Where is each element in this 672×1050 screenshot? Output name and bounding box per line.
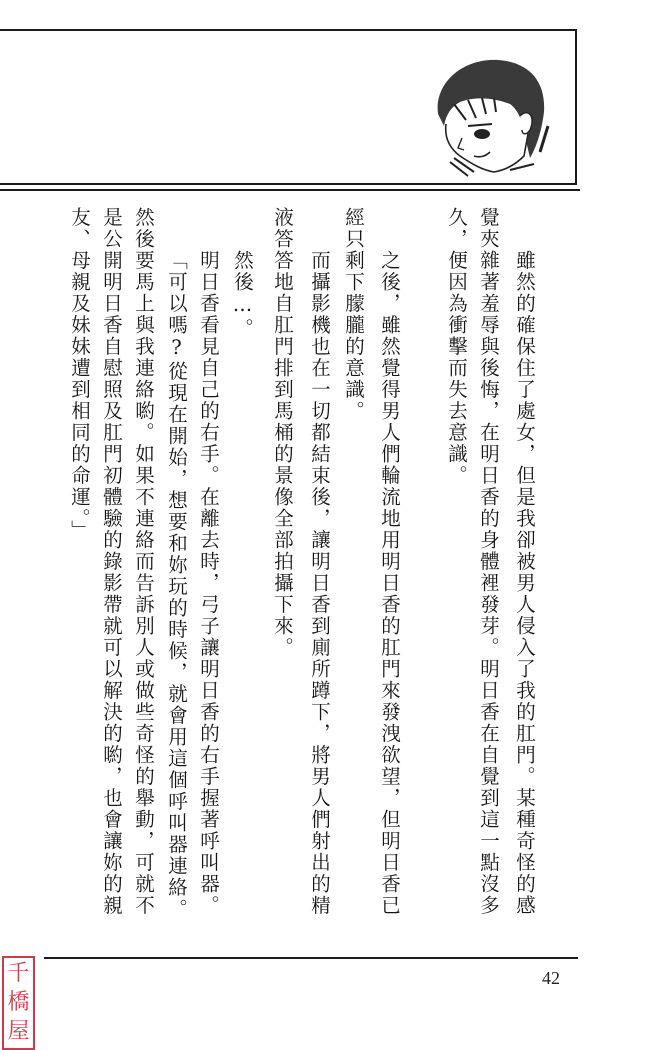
text-column: 而攝影機也在一切都結束後，讓明日香到廁所蹲下，將男人們射出的精 [307, 250, 331, 917]
text-column: 液答答地自肛門排到馬桶的景像全部拍攝下來。 [270, 207, 294, 659]
text-column: 是公開明日香自慰照及肛門初體驗的錄影帶就可以解決的喲，也會讓妳的親 [99, 207, 123, 917]
stamp-char: 屋 [7, 1019, 29, 1045]
text-column: 然後要馬上與我連絡喲。如果不連絡而告訴別人或做些奇怪的舉動，可就不 [131, 207, 155, 917]
header-underline [0, 189, 580, 191]
page-number: 42 [542, 968, 560, 989]
text-column: 之後，雖然覺得男人們輪流地用明日香的肛門來發洩欲望，但明日香已 [377, 250, 401, 917]
stamp-char: 橋 [7, 990, 29, 1016]
footer-rule [44, 957, 578, 959]
text-column: 明日香看見自己的右手。在離去時，弓子讓明日香的右手握著呼叫器。 [196, 250, 220, 917]
text-column: 經只剩下朦朧的意識。 [341, 207, 365, 422]
portrait-illustration [424, 52, 564, 178]
text-column: 雖然的確保住了處女，但是我卻被男人侵入了我的肛門。某種奇怪的感 [512, 250, 536, 917]
text-column: 然後…。 [230, 250, 254, 340]
text-column: 友、母親及妹妹遭到相同的命運。」 [67, 207, 91, 541]
stamp-char: 千 [7, 961, 29, 987]
text-column: 覺夾雜著羞辱與後悔，在明日香的身體裡發芽。明日香在自覺到這一點沒多 [476, 207, 500, 917]
publisher-stamp: 千 橋 屋 [2, 956, 35, 1050]
text-column: 久，便因為衝擊而失去意識。 [444, 207, 468, 487]
text-column: 「可以嗎?從現在開始，想要和妳玩的時候，就會用這個呼叫器連絡。 [164, 250, 188, 920]
